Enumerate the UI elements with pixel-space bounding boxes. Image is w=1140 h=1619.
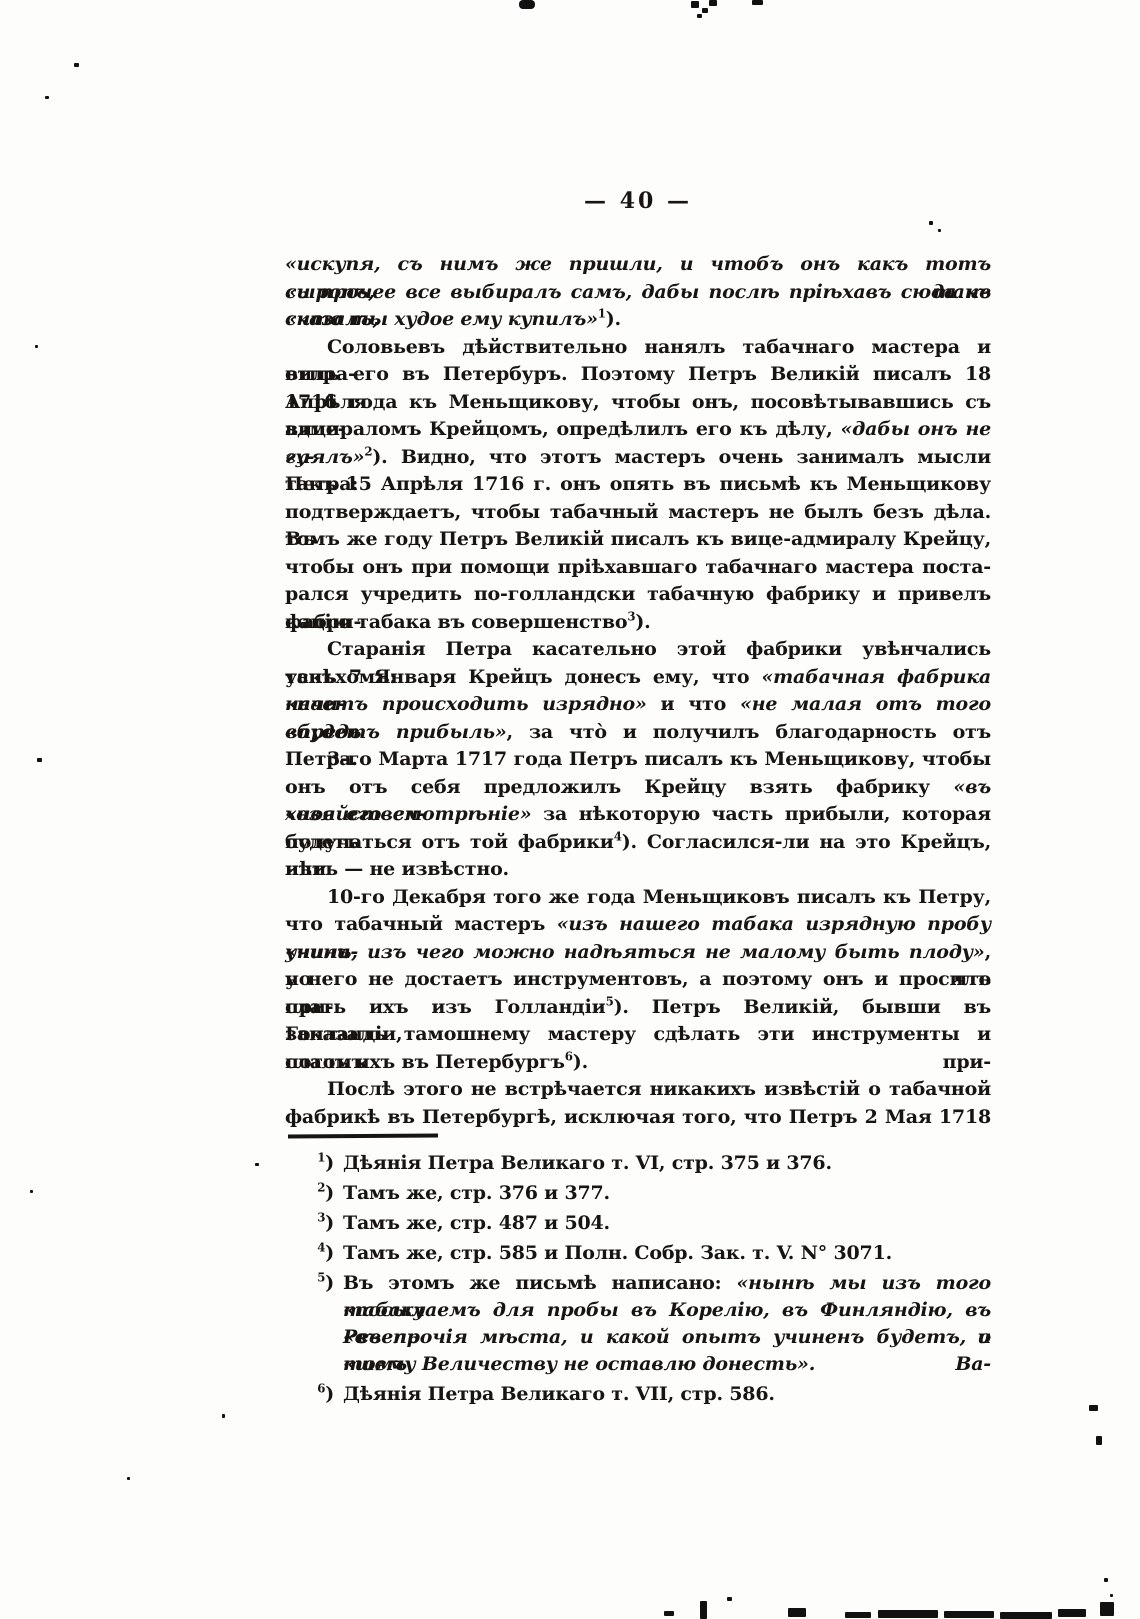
text-line: у него не достаетъ инструментовъ, а поэт… — [285, 966, 991, 994]
ink-speck — [944, 1611, 994, 1618]
footnotes: 1)Дѣянія Петра Великаго т. VI, стр. 375 … — [285, 1150, 991, 1411]
ink-speck — [519, 0, 535, 9]
text-run: чтобы онъ при помощи пріѣхавшаго табачна… — [285, 556, 991, 578]
footnote-item: 6)Дѣянія Петра Великаго т. VII, стр. 586… — [285, 1381, 991, 1408]
text-line: «нилъ, изъ чего можно надѣяться не малом… — [285, 939, 991, 967]
text-run: Тамъ же, стр. 487 и 504. — [343, 1212, 610, 1234]
footnote-item: 2)Тамъ же, стр. 376 и 377. — [285, 1180, 991, 1207]
text-line: «въ прочія мѣста, и какой опытъ учиненъ … — [343, 1324, 991, 1351]
text-line: Старанія Петра касательно этой фабрики у… — [285, 636, 991, 664]
text-line: 1716 года къ Меньщикову, чтобы онъ, посо… — [285, 389, 991, 417]
text-line: «ное его смотрѣніе» за нѣкоторую часть п… — [285, 801, 991, 829]
ink-speck — [697, 14, 702, 18]
text-run: Тамъ же, стр. 376 и 377. — [343, 1182, 610, 1204]
ink-speck — [1110, 1594, 1113, 1597]
text-run: Въ этомъ же письмѣ написано: — [343, 1272, 737, 1294]
ink-speck — [1089, 1405, 1098, 1411]
text-run: кацію табака въ совершенство — [285, 611, 627, 633]
text-run: «нилъ, изъ чего можно надѣяться не малом… — [285, 941, 985, 963]
text-line: фабрикѣ въ Петербургѣ, исключая того, чт… — [285, 1104, 991, 1132]
footnote-text: Тамъ же, стр. 376 и 377. — [343, 1180, 991, 1207]
ink-speck — [127, 1477, 130, 1480]
ink-speck — [1104, 1578, 1108, 1582]
text-run: и что — [647, 693, 740, 715]
ink-speck — [929, 221, 933, 225]
scanned-book-page: — 40 — «искупя, съ нимъ же пришли, и что… — [0, 0, 1140, 1619]
text-run: Дѣянія Петра Великаго т. VII, стр. 586. — [343, 1383, 775, 1405]
ink-speck — [700, 1601, 707, 1619]
ink-speck — [788, 1608, 806, 1617]
footnote-marker: 4) — [285, 1240, 343, 1267]
footnote-item: 5)Въ этомъ же письмѣ написано: «нынѣ мы … — [285, 1270, 991, 1378]
footnote-marker: 2) — [285, 1180, 343, 1207]
text-line: что табачный мастеръ «изъ нашего табака … — [285, 911, 991, 939]
text-line: адмираломъ Крейцомъ, опредѣлилъ его къ д… — [285, 416, 991, 444]
ink-speck — [1058, 1609, 1086, 1617]
footnote-marker: 5) — [285, 1270, 343, 1378]
text-line: 3-го Марта 1717 года Петръ писалъ къ Мен… — [285, 746, 991, 774]
text-line: «наетъ происходить изрядно» и что «не ма… — [285, 691, 991, 719]
ink-speck — [255, 1163, 259, 1166]
text-run: ). — [573, 1051, 588, 1073]
text-run: «лялъ» — [285, 446, 364, 468]
text-run: Тамъ же, стр. 585 и Полн. Собр. Зак. т. … — [343, 1242, 892, 1264]
ink-speck — [45, 96, 49, 99]
text-line: Соловьевъ дѣйствительно нанялъ табачнаго… — [285, 334, 991, 362]
ink-speck — [1000, 1612, 1052, 1619]
text-line: томъ же году Петръ Великій писалъ къ виц… — [285, 526, 991, 554]
footnote-text: Тамъ же, стр. 585 и Полн. Собр. Зак. т. … — [343, 1240, 991, 1267]
text-run: слать ихъ изъ Голландіи — [285, 996, 606, 1018]
ink-speck — [1096, 1436, 1102, 1445]
text-run: такъ 7 Января Крейцъ донесъ ему, что — [285, 666, 761, 688]
footnote-marker: 6) — [285, 1381, 343, 1408]
text-line: «будетъ прибыль», за что̀ и получилъ бла… — [285, 719, 991, 747]
text-run: «шему Величеству не оставлю донесть». — [343, 1353, 815, 1375]
ink-speck — [702, 8, 708, 13]
text-run: адмираломъ Крейцомъ, опредѣлилъ его къ д… — [285, 418, 840, 440]
ink-speck — [709, 0, 717, 6]
text-run: «наетъ происходить изрядно» — [285, 693, 647, 715]
ink-speck — [691, 1, 699, 8]
footnote-text: Тамъ же, стр. 487 и 504. — [343, 1210, 991, 1237]
text-run: «что ты худое ему купилъ» — [285, 308, 598, 330]
text-run: что табачный мастеръ — [285, 913, 557, 935]
text-line: 10-го Декабря того же года Меньщиковъ пи… — [285, 884, 991, 912]
text-line: нѣтъ — не извѣстно. — [285, 856, 991, 884]
footnote-item: 1)Дѣянія Петра Великаго т. VI, стр. 375 … — [285, 1150, 991, 1177]
footnote-text: Дѣянія Петра Великаго т. VI, стр. 375 и … — [343, 1150, 991, 1177]
text-run: фабрикѣ въ Петербургѣ, исключая того, чт… — [285, 1106, 991, 1128]
ink-speck — [35, 345, 38, 348]
ink-speck — [845, 1612, 871, 1618]
ink-speck — [37, 758, 42, 762]
text-line: рался учредить по-голландски табачную фа… — [285, 581, 991, 609]
footnote-text: Въ этомъ же письмѣ написано: «нынѣ мы из… — [343, 1270, 991, 1378]
paragraph: Соловьевъ дѣйствительно нанялъ табачнаго… — [285, 334, 991, 637]
text-line: такъ 15 Апрѣля 1716 г. онъ опять въ пись… — [285, 471, 991, 499]
text-line: Дѣянія Петра Великаго т. VI, стр. 375 и … — [343, 1150, 991, 1177]
text-line: «посылаемъ для пробы въ Корелію, въ Финл… — [343, 1297, 991, 1324]
ink-speck — [74, 63, 79, 67]
paragraph: Старанія Петра касательно этой фабрики у… — [285, 636, 991, 746]
text-line: «искупя, съ нимъ же пришли, и чтобъ онъ … — [285, 251, 991, 279]
paragraph: 3-го Марта 1717 года Петръ писалъ къ Мен… — [285, 746, 991, 884]
text-run: онъ отъ себя предложилъ Крейцу взять фаб… — [285, 776, 953, 798]
text-run: такъ 15 Апрѣля 1716 г. онъ опять въ пись… — [285, 473, 991, 495]
ink-speck — [664, 1611, 674, 1616]
footnote-marker: 1) — [285, 1150, 343, 1177]
text-line: «что ты худое ему купилъ»1). — [285, 306, 991, 334]
footnote-marker: 3) — [285, 1210, 343, 1237]
text-line: Тамъ же, стр. 585 и Полн. Собр. Зак. т. … — [343, 1240, 991, 1267]
body-text: «искупя, съ нимъ же пришли, и чтобъ онъ … — [285, 251, 991, 1131]
footnote-reference: 6 — [565, 1049, 573, 1063]
text-line: Тамъ же, стр. 487 и 504. — [343, 1210, 991, 1237]
footnote-text: Дѣянія Петра Великаго т. VII, стр. 586. — [343, 1381, 991, 1408]
ink-speck — [727, 1597, 732, 1601]
footnote-reference: 5 — [606, 994, 614, 1008]
ink-speck — [1100, 1602, 1114, 1616]
footnote-reference: 1 — [598, 307, 606, 321]
text-line: кацію табака въ совершенство3). — [285, 609, 991, 637]
text-run: слалъ ихъ въ Петербургъ — [285, 1051, 565, 1073]
text-line: заказалъ тамошнему мастеру сдѣлать эти и… — [285, 1021, 991, 1049]
text-run: Дѣянія Петра Великаго т. VI, стр. 375 и … — [343, 1152, 832, 1174]
paragraph: 10-го Декабря того же года Меньщиковъ пи… — [285, 884, 991, 1077]
text-run: «будетъ прибыль» — [285, 721, 507, 743]
text-run: ). — [606, 308, 621, 330]
text-line: Послѣ этого не встрѣчается никакихъ извѣ… — [285, 1076, 991, 1104]
text-run: томъ же году Петръ Великій писалъ къ виц… — [285, 528, 991, 550]
ink-speck — [938, 229, 941, 232]
text-run: нѣтъ — не извѣстно. — [285, 858, 509, 880]
footnote-reference: 4 — [614, 829, 622, 843]
text-line: «и прочее все выбиралъ самъ, дабы послѣ … — [285, 279, 991, 307]
text-line: онъ отъ себя предложилъ Крейцу взять фаб… — [285, 774, 991, 802]
paragraph: «искупя, съ нимъ же пришли, и чтобъ онъ … — [285, 251, 991, 334]
text-run: получаться отъ той фабрики — [285, 831, 614, 853]
text-line: такъ 7 Января Крейцъ донесъ ему, что «та… — [285, 664, 991, 692]
text-run: ). — [635, 611, 650, 633]
ink-speck — [752, 0, 763, 5]
text-line: Тамъ же, стр. 376 и 377. — [343, 1180, 991, 1207]
text-run: 10-го Декабря того же года Меньщиковъ пи… — [327, 886, 991, 908]
text-run: «ное его смотрѣніе» — [285, 803, 531, 825]
ink-speck — [222, 1414, 225, 1418]
paragraph: Послѣ этого не встрѣчается никакихъ извѣ… — [285, 1076, 991, 1131]
footnote-item: 4)Тамъ же, стр. 585 и Полн. Собр. Зак. т… — [285, 1240, 991, 1267]
text-line: Дѣянія Петра Великаго т. VII, стр. 586. — [343, 1381, 991, 1408]
ink-speck — [30, 1190, 33, 1193]
text-line: вилъ его въ Петербуръ. Поэтому Петръ Вел… — [285, 361, 991, 389]
text-line: чтобы онъ при помощи пріѣхавшаго табачна… — [285, 554, 991, 582]
text-line: подтверждаетъ, чтобы табачный мастеръ не… — [285, 499, 991, 527]
footnote-item: 3)Тамъ же, стр. 487 и 504. — [285, 1210, 991, 1237]
footnote-separator-rule — [288, 1133, 438, 1138]
text-line: «лялъ»2). Видно, что этотъ мастеръ очень… — [285, 444, 991, 472]
page-number: — 40 — — [285, 188, 991, 214]
text-line: слать ихъ изъ Голландіи5). Петръ Великій… — [285, 994, 991, 1022]
text-run: 3-го Марта 1717 года Петръ писалъ къ Мен… — [327, 748, 991, 770]
text-line: Въ этомъ же письмѣ написано: «нынѣ мы из… — [343, 1270, 991, 1297]
text-run: Послѣ этого не встрѣчается никакихъ извѣ… — [327, 1078, 991, 1100]
text-line: получаться отъ той фабрики4). Согласился… — [285, 829, 991, 857]
ink-speck — [878, 1610, 938, 1618]
